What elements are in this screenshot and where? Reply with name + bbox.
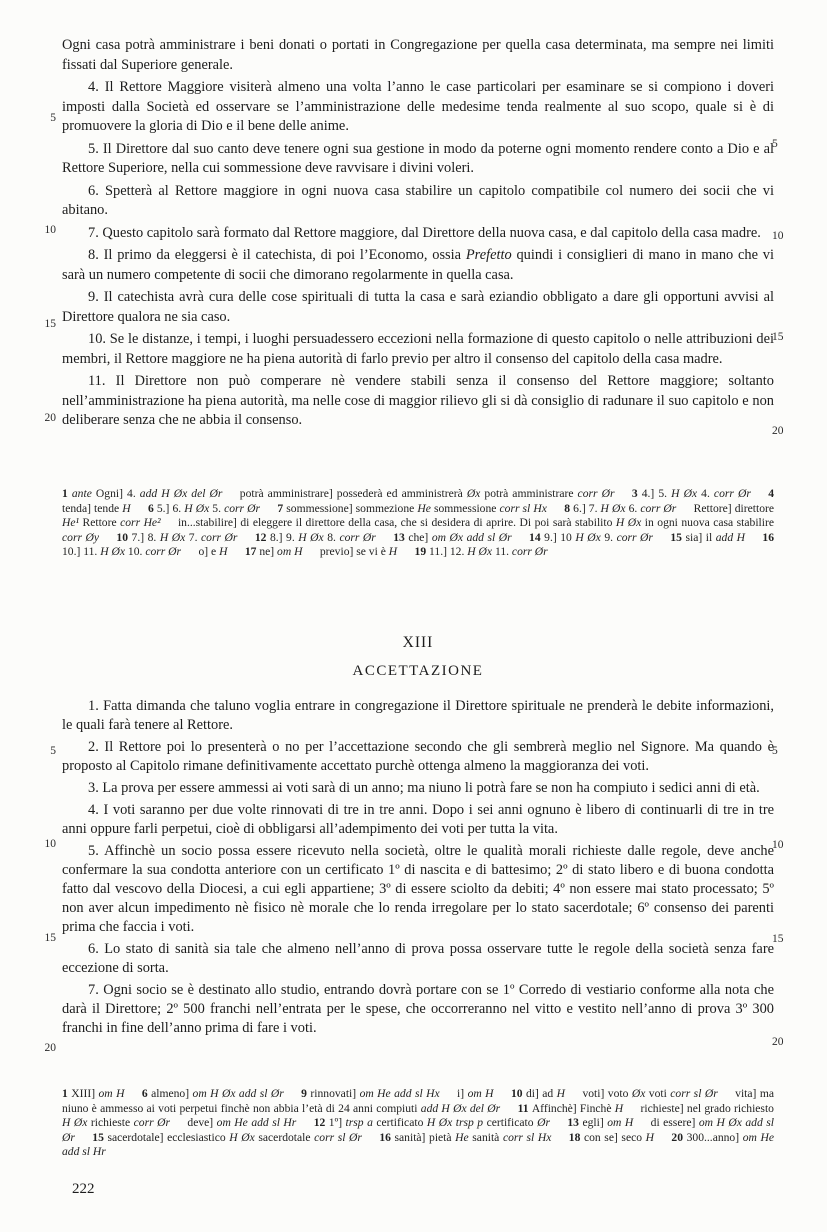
section-12-body: Ogni casa potrà amministrare i beni dona… bbox=[62, 36, 774, 434]
paragraph: 11. Il Direttore non può comperare nè ve… bbox=[62, 372, 774, 431]
paragraph: 4. Il Rettore Maggiore visiterà almeno u… bbox=[62, 78, 774, 137]
paragraph: 7. Ogni socio se è destinato allo studio… bbox=[62, 981, 774, 1038]
line-number: 10 bbox=[772, 230, 796, 242]
paragraph: 3. La prova per essere ammessi ai voti s… bbox=[62, 779, 774, 798]
paragraph: 8. Il primo da eleggersi è il catechista… bbox=[62, 246, 774, 285]
line-number: 10 bbox=[32, 224, 56, 236]
paragraph: 9. Il catechista avrà cura delle cose sp… bbox=[62, 288, 774, 327]
line-number: 10 bbox=[32, 838, 56, 850]
book-page: Ogni casa potrà amministrare i beni dona… bbox=[0, 0, 827, 1232]
line-number: 20 bbox=[772, 1036, 796, 1048]
line-number: 15 bbox=[32, 318, 56, 330]
line-number: 15 bbox=[772, 933, 796, 945]
paragraph: 1. Fatta dimanda che taluno voglia entra… bbox=[62, 697, 774, 735]
chapter-heading: XIII ACCETTAZIONE bbox=[62, 634, 774, 680]
line-number: 15 bbox=[772, 331, 796, 343]
paragraph: 5. Il Direttore dal suo canto deve tener… bbox=[62, 140, 774, 179]
paragraph: 2. Il Rettore poi lo presenterà o no per… bbox=[62, 738, 774, 776]
section-13-body: 1. Fatta dimanda che taluno voglia entra… bbox=[62, 697, 774, 1041]
chapter-number: XIII bbox=[62, 634, 774, 652]
paragraph: 7. Questo capitolo sarà formato dal Rett… bbox=[62, 224, 774, 244]
line-number: 15 bbox=[32, 932, 56, 944]
paragraph: 10. Se le distanze, i tempi, i luoghi pe… bbox=[62, 330, 774, 369]
line-number: 5 bbox=[32, 112, 56, 124]
line-number: 20 bbox=[32, 412, 56, 424]
line-number: 5 bbox=[32, 745, 56, 757]
critical-apparatus-1: 1 ante Ogni] 4. add H Øx del Ør potrà am… bbox=[62, 487, 774, 560]
paragraph: 4. I voti saranno per due volte rinnovat… bbox=[62, 801, 774, 839]
line-number: 10 bbox=[772, 839, 796, 851]
paragraph: 6. Spetterà al Rettore maggiore in ogni … bbox=[62, 182, 774, 221]
paragraph: Ogni casa potrà amministrare i beni dona… bbox=[62, 36, 774, 75]
paragraph: 5. Affinchè un socio possa essere ricevu… bbox=[62, 842, 774, 937]
chapter-title: ACCETTAZIONE bbox=[62, 663, 774, 680]
line-number: 20 bbox=[772, 425, 796, 437]
line-number: 5 bbox=[772, 138, 796, 150]
line-number: 5 bbox=[772, 745, 796, 757]
paragraph: 6. Lo stato di sanità sia tale che almen… bbox=[62, 940, 774, 978]
critical-apparatus-2: 1 XIII] om H 6 almeno] om H Øx add sl Ør… bbox=[62, 1087, 774, 1160]
line-number: 20 bbox=[32, 1042, 56, 1054]
page-number: 222 bbox=[72, 1181, 95, 1198]
